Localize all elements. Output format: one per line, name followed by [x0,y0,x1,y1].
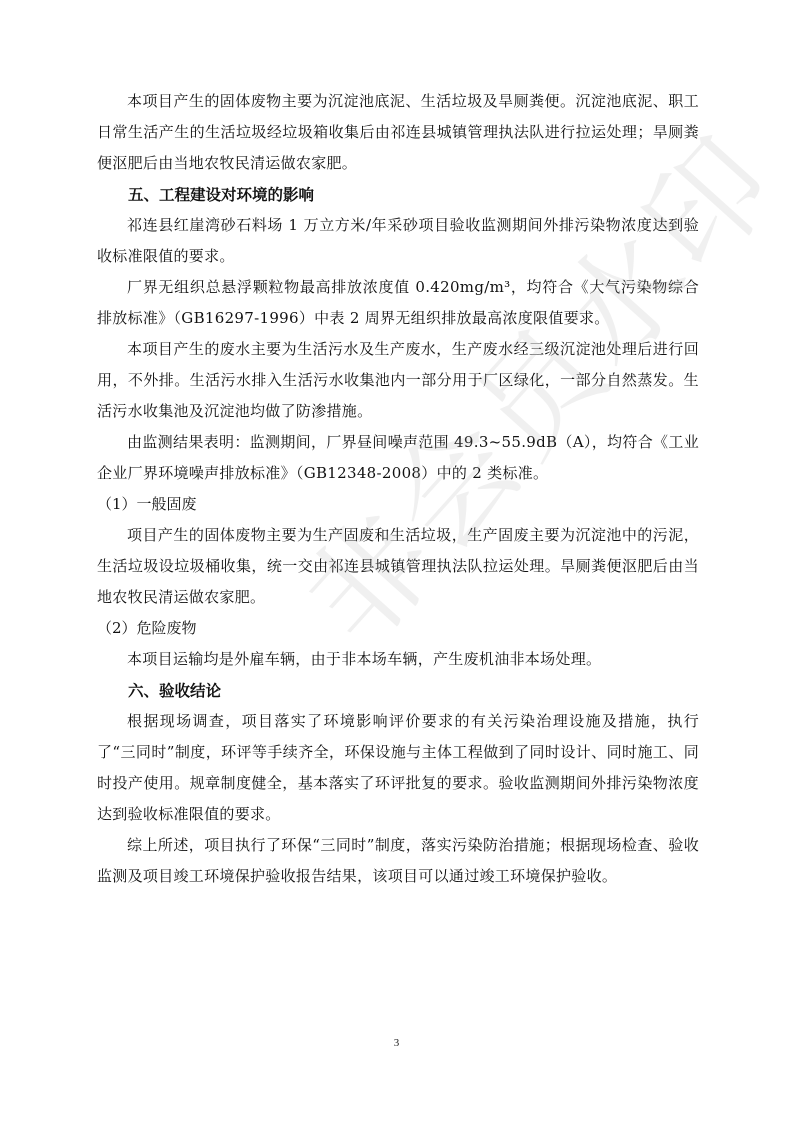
subheading-hazardous-waste: （2）危险废物 [97,613,699,644]
section-heading-5: 五、工程建设对环境的影响 [97,179,699,210]
paragraph-general-solid-waste: 项目产生的固体废物主要为生产固废和生活垃圾，生产固废主要为沉淀池中的污泥，生活垃… [97,520,699,613]
document-page: 本项目产生的固体废物主要为沉淀池底泥、生活垃圾及旱厕粪便。沉淀池底泥、职工日常生… [0,0,793,1122]
section-heading-6: 六、验收结论 [97,675,699,706]
paragraph-emissions-compliance: 祁连县红崖湾砂石料场 1 万立方米/年采砂项目验收监测期间外排污染物浓度达到验收… [97,210,699,272]
paragraph-noise: 由监测结果表明：监测期间，厂界昼间噪声范围 49.3~55.9dB（A），均符合… [97,427,699,489]
paragraph-hazardous-waste: 本项目运输均是外雇车辆，由于非本场车辆，产生废机油非本场处理。 [97,644,699,675]
page-number: 3 [0,1037,793,1049]
paragraph-particulate: 厂界无组织总悬浮颗粒物最高排放浓度值 0.420mg/m³，均符合《大气污染物综… [97,272,699,334]
page-content: 本项目产生的固体废物主要为沉淀池底泥、生活垃圾及旱厕粪便。沉淀池底泥、职工日常生… [97,86,699,892]
paragraph-conclusion-2: 综上所述，项目执行了环保“三同时”制度，落实污染防治措施；根据现场检查、验收监测… [97,830,699,892]
paragraph-conclusion-1: 根据现场调查，项目落实了环境影响评价要求的有关污染治理设施及措施，执行了“三同时… [97,706,699,830]
paragraph-wastewater: 本项目产生的废水主要为生活污水及生产废水，生产废水经三级沉淀池处理后进行回用，不… [97,334,699,427]
paragraph-solid-waste-summary: 本项目产生的固体废物主要为沉淀池底泥、生活垃圾及旱厕粪便。沉淀池底泥、职工日常生… [97,86,699,179]
subheading-general-solid-waste: （1）一般固废 [97,489,699,520]
